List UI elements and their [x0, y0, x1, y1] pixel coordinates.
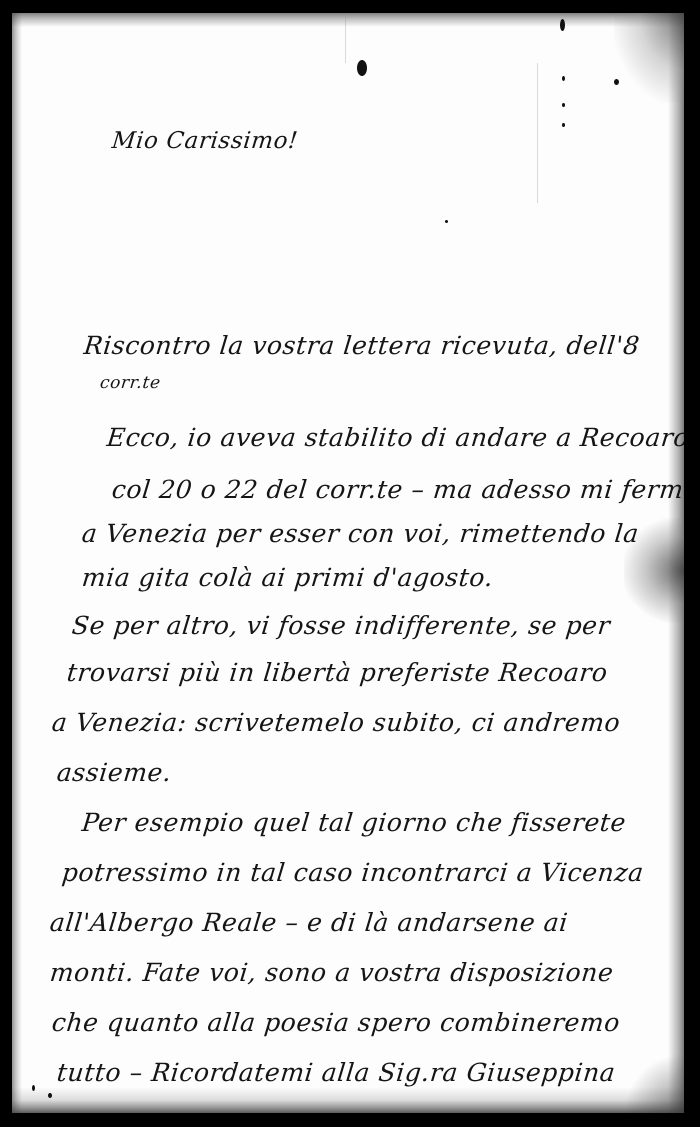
corner-stain — [614, 13, 684, 103]
edge-grime-left — [12, 13, 22, 1113]
letter-line-16: tutto – Ricordatemi alla Sig.ra Giuseppi… — [55, 1058, 616, 1087]
letter-line-6: mia gita colà ai primi d'agosto. — [80, 563, 494, 592]
letter-line-3: Ecco, io aveva stabilito di andare a Rec… — [105, 423, 684, 452]
ink-blot — [614, 79, 619, 85]
letter-line-15: che quanto alla poesia spero combineremo — [50, 1008, 621, 1037]
letter-page: Mio Carissimo! Riscontro la vostra lette… — [12, 13, 684, 1113]
letter-line-7: Se per altro, vi fosse indifferente, se … — [70, 611, 611, 640]
letter-line-10: assieme. — [55, 758, 173, 787]
ink-spot — [562, 123, 565, 127]
ink-spot — [562, 103, 565, 107]
ink-spot — [32, 1085, 35, 1091]
edge-grime-top — [12, 13, 684, 27]
scan-frame: Mio Carissimo! Riscontro la vostra lette… — [0, 0, 700, 1127]
corner-stain-bottom — [624, 1053, 684, 1113]
ink-blot — [357, 60, 367, 76]
letter-line-1: Riscontro la vostra lettera ricevuta, de… — [82, 331, 641, 360]
fold-line — [345, 13, 346, 63]
ink-blot — [560, 19, 565, 31]
edge-grime-bottom — [12, 1087, 684, 1113]
letter-line-9: a Venezia: scrivetemelo subito, ci andre… — [50, 708, 621, 737]
salutation: Mio Carissimo! — [111, 128, 300, 154]
ink-spot — [48, 1093, 52, 1098]
letter-line-2: corr.te — [99, 373, 162, 393]
ink-spot — [562, 76, 565, 81]
fold-line — [537, 63, 538, 203]
letter-line-12: potressimo in tal caso incontrarci a Vic… — [60, 858, 645, 887]
letter-line-8: trovarsi più in libertà preferiste Recoa… — [65, 658, 609, 687]
letter-line-13: all'Albergo Reale – e di là andarsene ai — [48, 908, 569, 937]
letter-line-14: monti. Fate voi, sono a vostra disposizi… — [48, 958, 615, 987]
ink-spot — [445, 220, 448, 223]
letter-line-4: col 20 o 22 del corr.te – ma adesso mi f… — [110, 475, 684, 504]
letter-line-5: a Venezia per esser con voi, rimettendo … — [80, 519, 640, 548]
letter-line-11: Per esempio quel tal giorno che fisseret… — [80, 808, 627, 837]
